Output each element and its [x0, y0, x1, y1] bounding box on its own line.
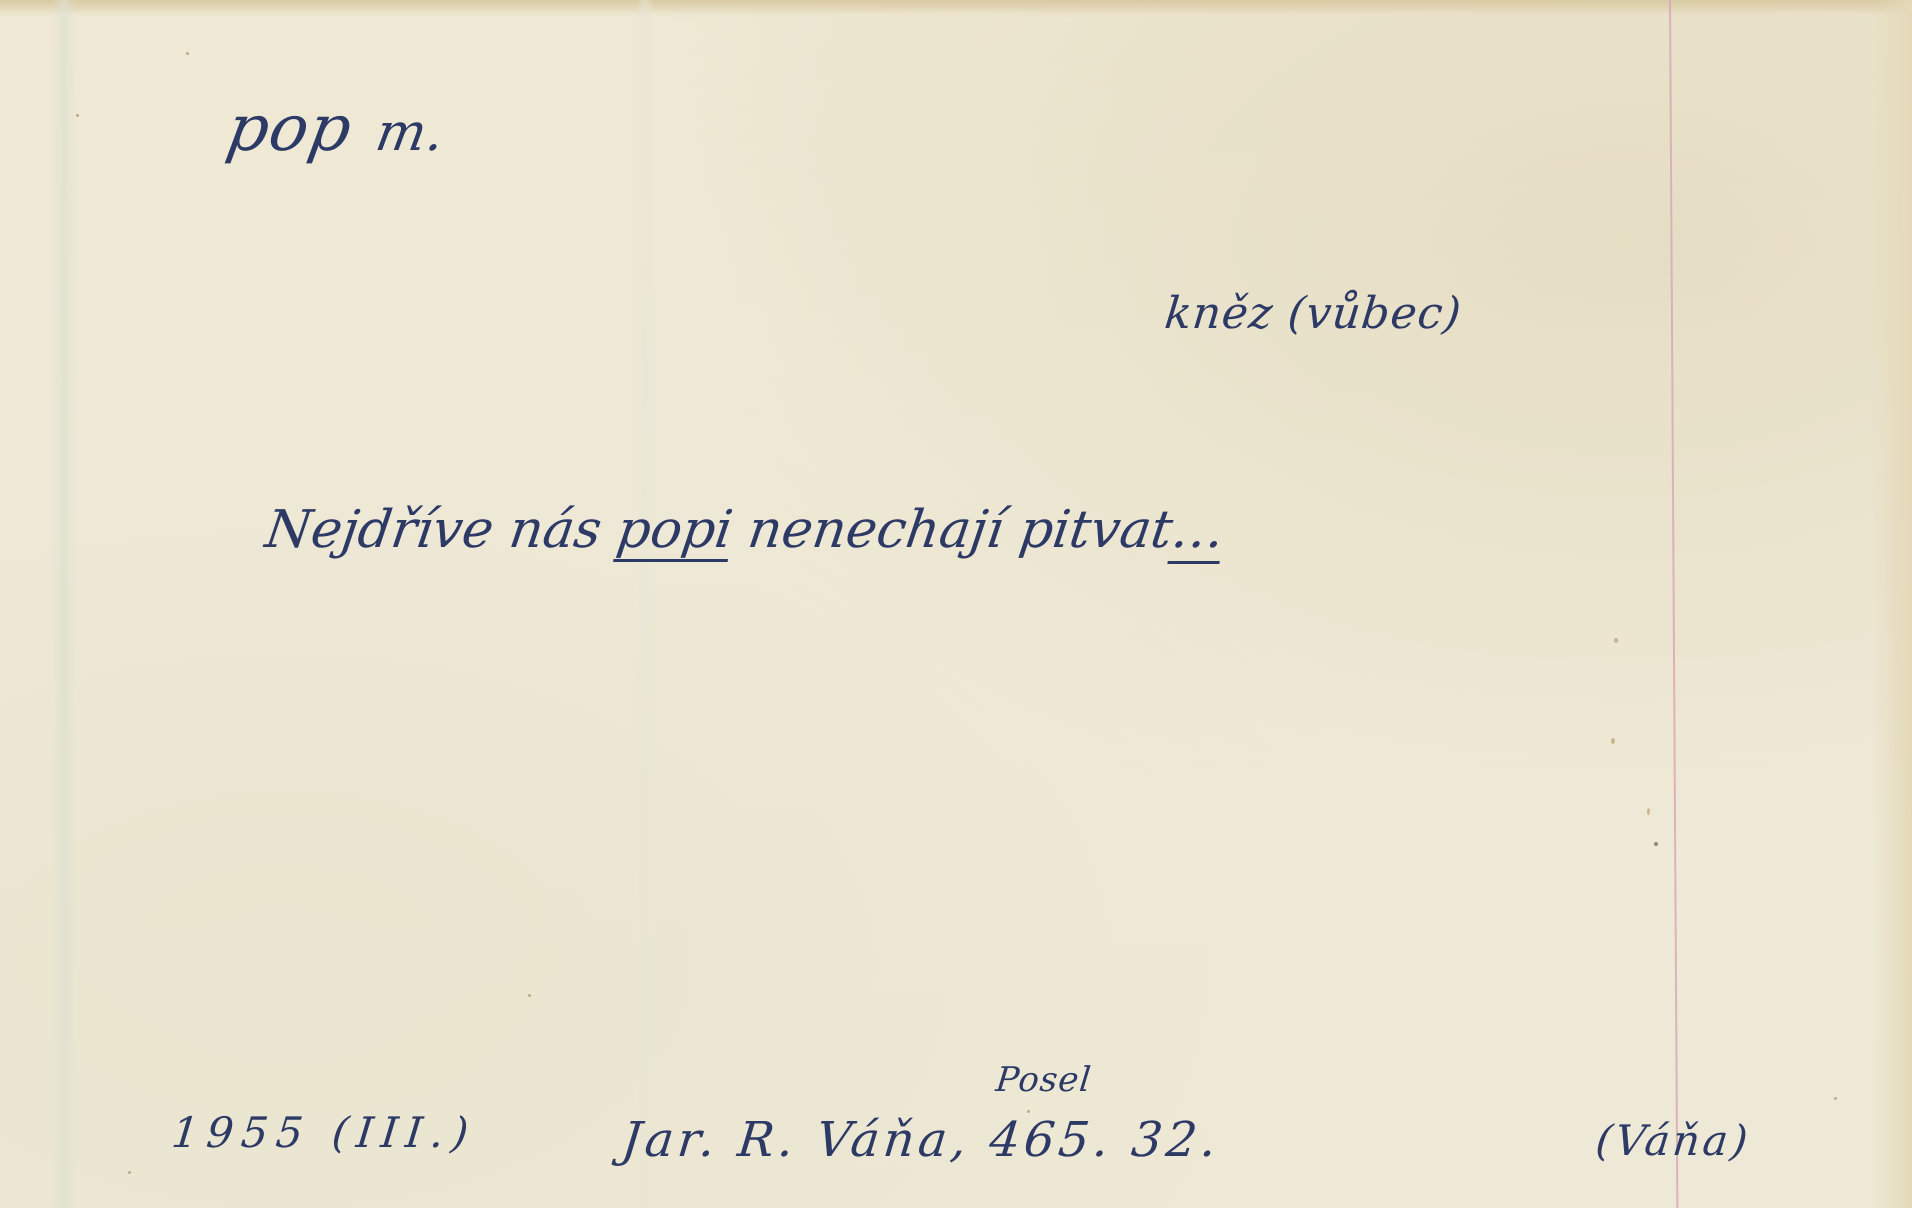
definition: kněz (vůbec): [1162, 288, 1464, 339]
headword-text: pop: [221, 92, 358, 166]
citation-source: Jar. R. Váňa, 465. 32.: [619, 1112, 1223, 1168]
grammar-label: m.: [371, 103, 449, 163]
citation-date: 1955 (III.): [169, 1108, 478, 1157]
paper-speck: [528, 994, 531, 997]
paper-fold-middle: [636, 0, 654, 1208]
paper-speck: [128, 1171, 131, 1174]
margin-rule-line: [1669, 0, 1678, 1208]
example-text-before: Nejdříve nás: [262, 500, 622, 560]
example-sentence: Nejdříve nás popi nenechají pitvat…: [262, 500, 1229, 560]
paper-speck: [1834, 1097, 1837, 1100]
example-headword-underlined: popi: [613, 500, 736, 560]
example-text-after: nenechají pitvat: [728, 500, 1176, 560]
paper-speck: [1614, 638, 1618, 643]
card-right-edge: [1872, 0, 1912, 1208]
paper-speck: [76, 114, 79, 117]
headword: popm.: [221, 92, 451, 166]
paper-fold-left: [52, 0, 76, 1208]
excerptor-name: (Váňa): [1593, 1116, 1753, 1165]
paper-speck: [186, 52, 189, 55]
index-card: popm. kněz (vůbec) Nejdříve nás popi nen…: [0, 0, 1912, 1208]
paper-speck: [1647, 808, 1650, 815]
example-ellipsis: …: [1168, 500, 1228, 560]
card-top-edge: [0, 0, 1912, 14]
source-publication-note: Posel: [994, 1060, 1094, 1100]
paper-speck: [1654, 842, 1658, 846]
paper-speck: [1611, 738, 1615, 744]
